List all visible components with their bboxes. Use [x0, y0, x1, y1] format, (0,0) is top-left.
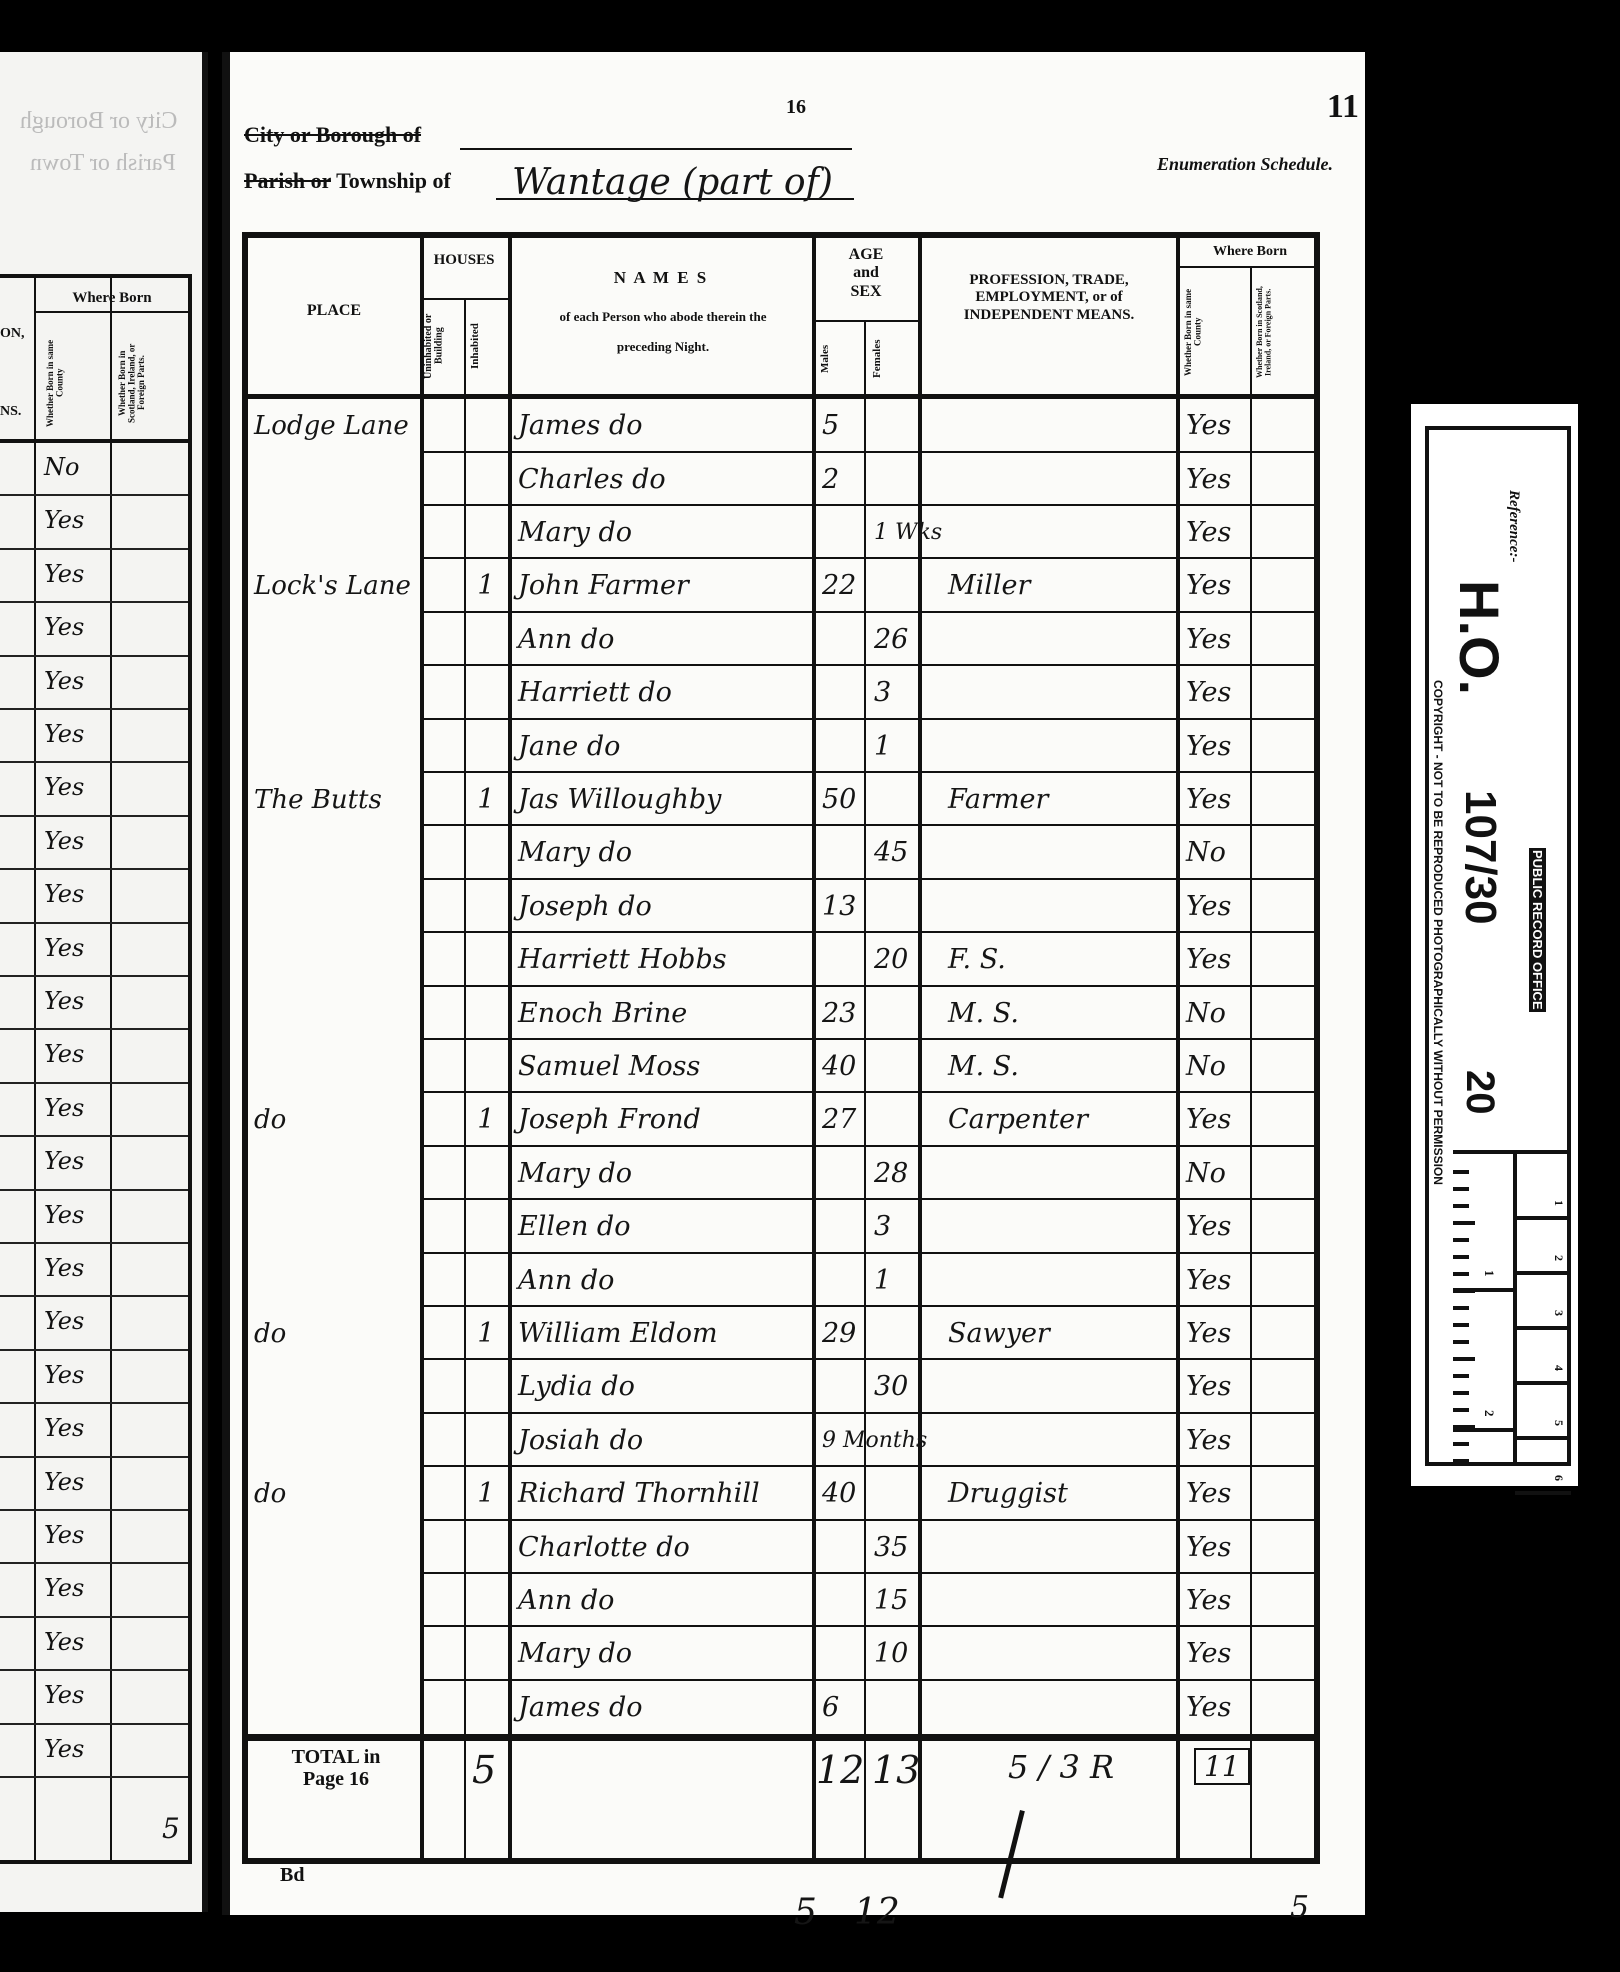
male-age-cell — [814, 1360, 864, 1414]
female-age-cell — [866, 773, 918, 827]
ruler-tick — [1453, 1255, 1469, 1259]
table-row: Mary do45No — [248, 826, 1314, 880]
profession-cell — [948, 1520, 1174, 1574]
place-cell — [254, 613, 420, 667]
township-label: Township of — [336, 168, 451, 193]
name-cell: Joseph Frond — [518, 1093, 812, 1147]
total-males: 12 — [816, 1748, 864, 1792]
profession-cell: Sawyer — [948, 1307, 1174, 1361]
profession-cell — [948, 666, 1174, 720]
female-age-cell: 3 — [866, 666, 918, 720]
place-cell — [254, 1681, 420, 1735]
profession-cell: M. S. — [948, 1040, 1174, 1094]
born-foreign-header: Whether Born in Scotland, Ireland, or Fo… — [1256, 274, 1318, 390]
table-row: Mary do1 WksYes — [248, 506, 1314, 560]
profession-cell — [948, 1253, 1174, 1307]
inhabited-cell — [464, 1360, 508, 1414]
ruler-inch-line — [1453, 1428, 1513, 1432]
profession-cell — [948, 1627, 1174, 1681]
city-borough-label: City or Borough of — [244, 122, 421, 148]
left-born-foreign-header: Whether Born in Scotland, Ireland, or Fo… — [118, 333, 188, 433]
inhabited-cell: 1 — [464, 559, 508, 613]
public-record-office-label: PUBLIC RECORD OFFICE — [1529, 848, 1546, 1012]
left-born-same-county-cell: Yes — [44, 1414, 84, 1442]
female-age-cell: 35 — [866, 1520, 918, 1574]
left-table-row: Yes — [0, 550, 188, 603]
inhabited-cell — [464, 1681, 508, 1735]
profession-cell — [948, 1147, 1174, 1201]
ruler-cm-line — [1515, 1326, 1571, 1330]
profession-cell — [948, 506, 1174, 560]
left-born-same-county-cell: Yes — [44, 506, 84, 534]
footer-corner-mark: 5 — [1290, 1890, 1309, 1925]
place-cell — [254, 1574, 420, 1628]
born-same-county-cell: Yes — [1186, 933, 1250, 987]
profession-cell: M. S. — [948, 986, 1174, 1040]
table-row: James do6Yes — [248, 1681, 1314, 1735]
table-row: Mary do28No — [248, 1147, 1314, 1201]
female-age-cell: 3 — [866, 1200, 918, 1254]
born-same-county-cell: Yes — [1186, 1681, 1250, 1735]
male-age-cell — [814, 826, 864, 880]
name-cell: William Eldom — [518, 1307, 812, 1361]
ruler-tick — [1453, 1442, 1469, 1446]
name-cell: Josiah do — [518, 1414, 812, 1468]
name-cell: James do — [518, 399, 812, 453]
left-page-fragment: City or Borough Parish or Town ON, NS. W… — [0, 52, 208, 1912]
table-row: Lodge LaneJames do5Yes — [248, 399, 1314, 453]
table-row: Charles do2Yes — [248, 452, 1314, 506]
inhabited-cell: 1 — [464, 773, 508, 827]
profession-cell — [948, 1200, 1174, 1254]
left-table-row: Yes — [0, 1564, 188, 1617]
table-row: Jane do1Yes — [248, 719, 1314, 773]
name-cell: James do — [518, 1681, 812, 1735]
name-cell: John Farmer — [518, 559, 812, 613]
ruler-tick — [1453, 1170, 1469, 1174]
ruler-tick — [1453, 1187, 1469, 1191]
table-row: Lydia do30Yes — [248, 1360, 1314, 1414]
ruler-top-line — [1453, 1150, 1567, 1154]
ruler-cm-mark: 5 — [1551, 1420, 1566, 1426]
left-header-fragment-1: ON, — [0, 326, 25, 342]
name-cell: Jas Willoughby — [518, 773, 812, 827]
schedule-label: Enumeration Schedule. — [1157, 154, 1333, 175]
profession-cell — [948, 1681, 1174, 1735]
born-same-county-cell: Yes — [1186, 506, 1250, 560]
born-same-county-cell: Yes — [1186, 1520, 1250, 1574]
inhabited-cell — [464, 506, 508, 560]
where-born-subheader-line — [1176, 266, 1320, 268]
male-age-cell — [814, 1574, 864, 1628]
inhabited-cell — [464, 452, 508, 506]
left-born-same-county-cell: Yes — [44, 1094, 84, 1122]
profession-cell — [948, 1414, 1174, 1468]
male-age-cell: 40 — [814, 1040, 864, 1094]
inhabited-cell — [464, 613, 508, 667]
born-foreign-cell — [1252, 1253, 1318, 1307]
ruler-tick — [1453, 1272, 1469, 1276]
name-cell: Mary do — [518, 1627, 812, 1681]
place-cell: do — [254, 1307, 420, 1361]
ruler-tick — [1453, 1340, 1469, 1344]
born-foreign-cell — [1252, 933, 1318, 987]
female-age-cell: 26 — [866, 613, 918, 667]
born-same-county-cell: No — [1186, 1147, 1250, 1201]
age-sex-header-text: AGE and SEX — [836, 246, 896, 301]
left-page-table: ON, NS. Where Born Whether Born in same … — [0, 274, 192, 1864]
profession-cell — [948, 719, 1174, 773]
left-born-same-county-cell: Yes — [44, 1254, 84, 1282]
inhabited-cell — [464, 719, 508, 773]
male-age-cell: 9 Months — [814, 1414, 864, 1468]
ruler-cm-mark: 1 — [1551, 1200, 1566, 1206]
reference-label: Reference:- — [1505, 490, 1522, 562]
born-foreign-cell — [1252, 1040, 1318, 1094]
left-table-row: Yes — [0, 1404, 188, 1457]
female-age-cell — [866, 452, 918, 506]
place-cell: Lock's Lane — [254, 559, 420, 613]
footer-tally-right: 12 — [854, 1892, 900, 1933]
left-born-same-county-cell: Yes — [44, 880, 84, 908]
born-foreign-cell — [1252, 1147, 1318, 1201]
left-born-same-county-cell: Yes — [44, 560, 84, 588]
table-row: do1Joseph Frond27CarpenterYes — [248, 1093, 1314, 1147]
table-row: Ann do1Yes — [248, 1253, 1314, 1307]
total-label-line1: TOTAL in — [248, 1746, 424, 1768]
born-foreign-cell — [1252, 452, 1318, 506]
footer-tally-left: 5 — [794, 1892, 817, 1933]
name-cell: Mary do — [518, 1147, 812, 1201]
left-table-row: Yes — [0, 977, 188, 1030]
left-table-row: Yes — [0, 496, 188, 549]
born-foreign-cell — [1252, 1520, 1318, 1574]
left-table-row: No — [0, 443, 188, 496]
born-foreign-cell — [1252, 773, 1318, 827]
profession-cell: F. S. — [948, 933, 1174, 987]
ruler-cm-line — [1515, 1216, 1571, 1220]
inhabited-cell: 1 — [464, 1307, 508, 1361]
names-header: N A M E S — [510, 268, 812, 288]
female-age-cell — [866, 399, 918, 453]
born-same-county-cell: Yes — [1186, 1414, 1250, 1468]
male-age-cell: 29 — [814, 1307, 864, 1361]
table-row: Mary do10Yes — [248, 1627, 1314, 1681]
left-born-same-county-cell: Yes — [44, 1574, 84, 1602]
left-table-row: Yes — [0, 817, 188, 870]
male-age-cell: 27 — [814, 1093, 864, 1147]
ruler-cm-mark: 6 — [1551, 1475, 1566, 1481]
where-born-header: Where Born — [1178, 244, 1322, 260]
left-born-same-county-cell: Yes — [44, 1468, 84, 1496]
left-born-same-county-cell: Yes — [44, 1361, 84, 1389]
born-same-county-cell: Yes — [1186, 613, 1250, 667]
inhabited-cell — [464, 399, 508, 453]
inhabited-cell — [464, 1574, 508, 1628]
table-row: The Butts1Jas Willoughby50FarmerYes — [248, 773, 1314, 827]
left-page-corner-mark: 5 — [162, 1812, 180, 1845]
ruler-cm-mark: 3 — [1551, 1310, 1566, 1316]
piece-number: 107/30 — [1455, 790, 1505, 925]
place-cell — [254, 1627, 420, 1681]
left-table-header: ON, NS. Where Born Whether Born in same … — [0, 278, 188, 443]
profession-header: PROFESSION, TRADE, EMPLOYMENT, or of IND… — [924, 272, 1174, 324]
left-born-same-county-cell: Yes — [44, 1307, 84, 1335]
inhabited-cell — [464, 826, 508, 880]
table-row: Ann do26Yes — [248, 613, 1314, 667]
female-age-cell: 28 — [866, 1147, 918, 1201]
born-same-county-cell: Yes — [1186, 1253, 1250, 1307]
houses-subheader-line — [420, 298, 508, 300]
profession-cell: Carpenter — [948, 1093, 1174, 1147]
age-sex-header: AGE and SEX — [814, 246, 918, 301]
ruler-divider — [1513, 1150, 1517, 1462]
left-born-same-county-cell: Yes — [44, 1201, 84, 1229]
female-age-cell: 45 — [866, 826, 918, 880]
born-foreign-cell — [1252, 1681, 1318, 1735]
profession-cell: Druggist — [948, 1467, 1174, 1521]
ruler-cm-line — [1515, 1271, 1571, 1275]
left-table-row: Yes — [0, 710, 188, 763]
left-born-same-county-cell: Yes — [44, 613, 84, 641]
age-subheader-line — [812, 320, 918, 322]
left-table-row: Yes — [0, 870, 188, 923]
born-same-county-cell: Yes — [1186, 1627, 1250, 1681]
left-born-same-county-cell: Yes — [44, 720, 84, 748]
name-cell: Ann do — [518, 1574, 812, 1628]
left-table-row: Yes — [0, 1030, 188, 1083]
born-same-county-cell: Yes — [1186, 452, 1250, 506]
page-number: 16 — [786, 96, 806, 119]
profession-cell — [948, 399, 1174, 453]
born-foreign-cell — [1252, 986, 1318, 1040]
left-table-row: Yes — [0, 603, 188, 656]
census-table: PLACE HOUSES Uninhabited or Building Inh… — [242, 232, 1320, 1864]
born-foreign-cell — [1252, 1574, 1318, 1628]
born-foreign-cell — [1252, 506, 1318, 560]
female-age-cell: 10 — [866, 1627, 918, 1681]
born-same-county-cell: Yes — [1186, 1467, 1250, 1521]
females-header: Females — [872, 330, 912, 388]
inhabited-cell — [464, 1147, 508, 1201]
place-cell: The Butts — [254, 773, 420, 827]
left-table-row: Yes — [0, 1725, 188, 1778]
parish-township-label: Parish or Township of — [244, 168, 451, 194]
ruler-inch-line — [1453, 1288, 1513, 1292]
name-cell: Samuel Moss — [518, 1040, 812, 1094]
born-foreign-cell — [1252, 1627, 1318, 1681]
place-cell — [254, 1040, 420, 1094]
total-label: TOTAL in Page 16 — [248, 1746, 424, 1790]
male-age-cell — [814, 613, 864, 667]
born-same-county-cell: No — [1186, 1040, 1250, 1094]
male-age-cell: 50 — [814, 773, 864, 827]
female-age-cell: 20 — [866, 933, 918, 987]
inhabited-cell — [464, 1040, 508, 1094]
male-age-cell: 5 — [814, 399, 864, 453]
male-age-cell: 40 — [814, 1467, 864, 1521]
total-divider — [248, 1734, 1314, 1741]
folio-number: 20 — [1457, 1070, 1502, 1115]
left-born-same-county-cell: Yes — [44, 827, 84, 855]
name-cell: Mary do — [518, 826, 812, 880]
ruler-tick — [1453, 1238, 1469, 1242]
left-table-row: Yes — [0, 1191, 188, 1244]
place-header: PLACE — [248, 302, 420, 320]
inhabited-cell: 1 — [464, 1467, 508, 1521]
female-age-cell — [866, 1040, 918, 1094]
place-cell — [254, 826, 420, 880]
born-same-county-cell: Yes — [1186, 1093, 1250, 1147]
name-cell: Enoch Brine — [518, 986, 812, 1040]
inhabited-cell — [464, 1200, 508, 1254]
born-same-county-cell: Yes — [1186, 399, 1250, 453]
ruler-cm-line — [1515, 1381, 1571, 1385]
male-age-cell — [814, 666, 864, 720]
born-same-county-cell: Yes — [1186, 773, 1250, 827]
place-cell — [254, 880, 420, 934]
born-foreign-cell — [1252, 719, 1318, 773]
left-table-row: Yes — [0, 1297, 188, 1350]
ruler-tick — [1453, 1374, 1469, 1378]
left-born-same-county-header: Whether Born in same County — [46, 333, 116, 433]
profession-cell — [948, 1360, 1174, 1414]
total-where-born-tally: 11 — [1194, 1748, 1250, 1785]
table-row: Josiah do9 MonthsYes — [248, 1414, 1314, 1468]
inhabited-header: Inhabited — [470, 302, 504, 390]
born-foreign-cell — [1252, 666, 1318, 720]
place-cell — [254, 1360, 420, 1414]
left-table-row: Yes — [0, 1671, 188, 1724]
left-born-same-county-cell: No — [44, 453, 79, 481]
place-cell — [254, 1520, 420, 1574]
ruler-cm-line — [1515, 1436, 1571, 1440]
male-age-cell — [814, 1200, 864, 1254]
born-foreign-cell — [1252, 1307, 1318, 1361]
ruler-cm-mark: 4 — [1551, 1365, 1566, 1371]
sheet-number: 11 — [1327, 88, 1359, 126]
left-table-row: Yes — [0, 1618, 188, 1671]
place-cell — [254, 1414, 420, 1468]
profession-cell — [948, 826, 1174, 880]
born-foreign-cell — [1252, 880, 1318, 934]
left-table-row: Yes — [0, 924, 188, 977]
table-row: Enoch Brine23M. S.No — [248, 986, 1314, 1040]
female-age-cell — [866, 986, 918, 1040]
male-age-cell — [814, 1520, 864, 1574]
left-born-same-county-cell: Yes — [44, 1681, 84, 1709]
ruler-tick — [1453, 1357, 1475, 1361]
name-cell: Charles do — [518, 452, 812, 506]
profession-cell: Farmer — [948, 773, 1174, 827]
total-profession-tally: 5 / 3 R — [1008, 1748, 1114, 1786]
name-cell: Mary do — [518, 506, 812, 560]
series-code: H.O. — [1447, 580, 1512, 695]
place-cell — [254, 1253, 420, 1307]
profession-cell — [948, 1574, 1174, 1628]
profession-cell — [948, 452, 1174, 506]
houses-header: HOUSES — [420, 252, 508, 269]
female-age-cell: 30 — [866, 1360, 918, 1414]
left-table-row: Yes — [0, 1351, 188, 1404]
place-cell — [254, 1200, 420, 1254]
left-table-row: Yes — [0, 1244, 188, 1297]
male-age-cell: 22 — [814, 559, 864, 613]
name-cell: Ann do — [518, 1253, 812, 1307]
profession-cell: Miller — [948, 559, 1174, 613]
born-same-county-cell: No — [1186, 826, 1250, 880]
table-row: Samuel Moss40M. S.No — [248, 1040, 1314, 1094]
name-cell: Harriett Hobbs — [518, 933, 812, 987]
place-cell — [254, 1147, 420, 1201]
ghost-text-parish: Parish or Town — [30, 150, 176, 177]
male-age-cell — [814, 1253, 864, 1307]
female-age-cell: 1 — [866, 719, 918, 773]
name-cell: Ellen do — [518, 1200, 812, 1254]
table-row: Joseph do13Yes — [248, 880, 1314, 934]
male-age-cell: 6 — [814, 1681, 864, 1735]
name-cell: Lydia do — [518, 1360, 812, 1414]
born-foreign-cell — [1252, 559, 1318, 613]
female-age-cell — [866, 1681, 918, 1735]
born-same-county-cell: Yes — [1186, 880, 1250, 934]
left-born-same-county-cell: Yes — [44, 1735, 84, 1763]
place-cell — [254, 452, 420, 506]
table-row: Harriett Hobbs20F. S.Yes — [248, 933, 1314, 987]
ruler-cm-mark: 2 — [1551, 1255, 1566, 1261]
left-born-same-county-cell: Yes — [44, 1040, 84, 1068]
ruler-tick — [1453, 1323, 1469, 1327]
table-row: Lock's Lane1John Farmer22MillerYes — [248, 559, 1314, 613]
female-age-cell — [866, 1414, 918, 1468]
table-row: Ellen do3Yes — [248, 1200, 1314, 1254]
male-age-cell — [814, 1147, 864, 1201]
name-cell: Charlotte do — [518, 1520, 812, 1574]
male-age-cell: 2 — [814, 452, 864, 506]
inhabited-cell — [464, 666, 508, 720]
left-born-same-county-cell: Yes — [44, 987, 84, 1015]
profession-cell — [948, 613, 1174, 667]
male-age-cell — [814, 1627, 864, 1681]
place-cell — [254, 933, 420, 987]
uninhabited-header: Uninhabited or Building — [424, 302, 462, 390]
table-row: Ann do15Yes — [248, 1574, 1314, 1628]
reference-strip: Reference:- H.O. 107/30 PUBLIC RECORD OF… — [1407, 400, 1582, 1490]
profession-cell — [948, 880, 1174, 934]
bd-mark: Bd — [280, 1864, 304, 1887]
male-age-cell — [814, 719, 864, 773]
left-table-row: Yes — [0, 1137, 188, 1190]
inhabited-cell — [464, 1520, 508, 1574]
born-foreign-cell — [1252, 1093, 1318, 1147]
table-row: do1Richard Thornhill40DruggistYes — [248, 1467, 1314, 1521]
left-header-fragment-2: NS. — [0, 404, 21, 420]
inhabited-cell — [464, 1253, 508, 1307]
census-page: 16 11 City or Borough of Parish or Towns… — [222, 52, 1365, 1915]
born-same-county-cell: Yes — [1186, 1200, 1250, 1254]
born-same-county-cell: No — [1186, 986, 1250, 1040]
ruler-tick — [1453, 1306, 1469, 1310]
copyright-notice: COPYRIGHT - NOT TO BE REPRODUCED PHOTOGR… — [1431, 680, 1445, 1185]
ruler-cm-line — [1515, 1491, 1571, 1495]
ruler-tick — [1453, 1408, 1469, 1412]
born-foreign-cell — [1252, 1414, 1318, 1468]
place-cell — [254, 986, 420, 1040]
left-born-same-county-cell: Yes — [44, 773, 84, 801]
inhabited-cell — [464, 880, 508, 934]
township-value: Wantage (part of) — [512, 162, 833, 203]
place-cell — [254, 506, 420, 560]
